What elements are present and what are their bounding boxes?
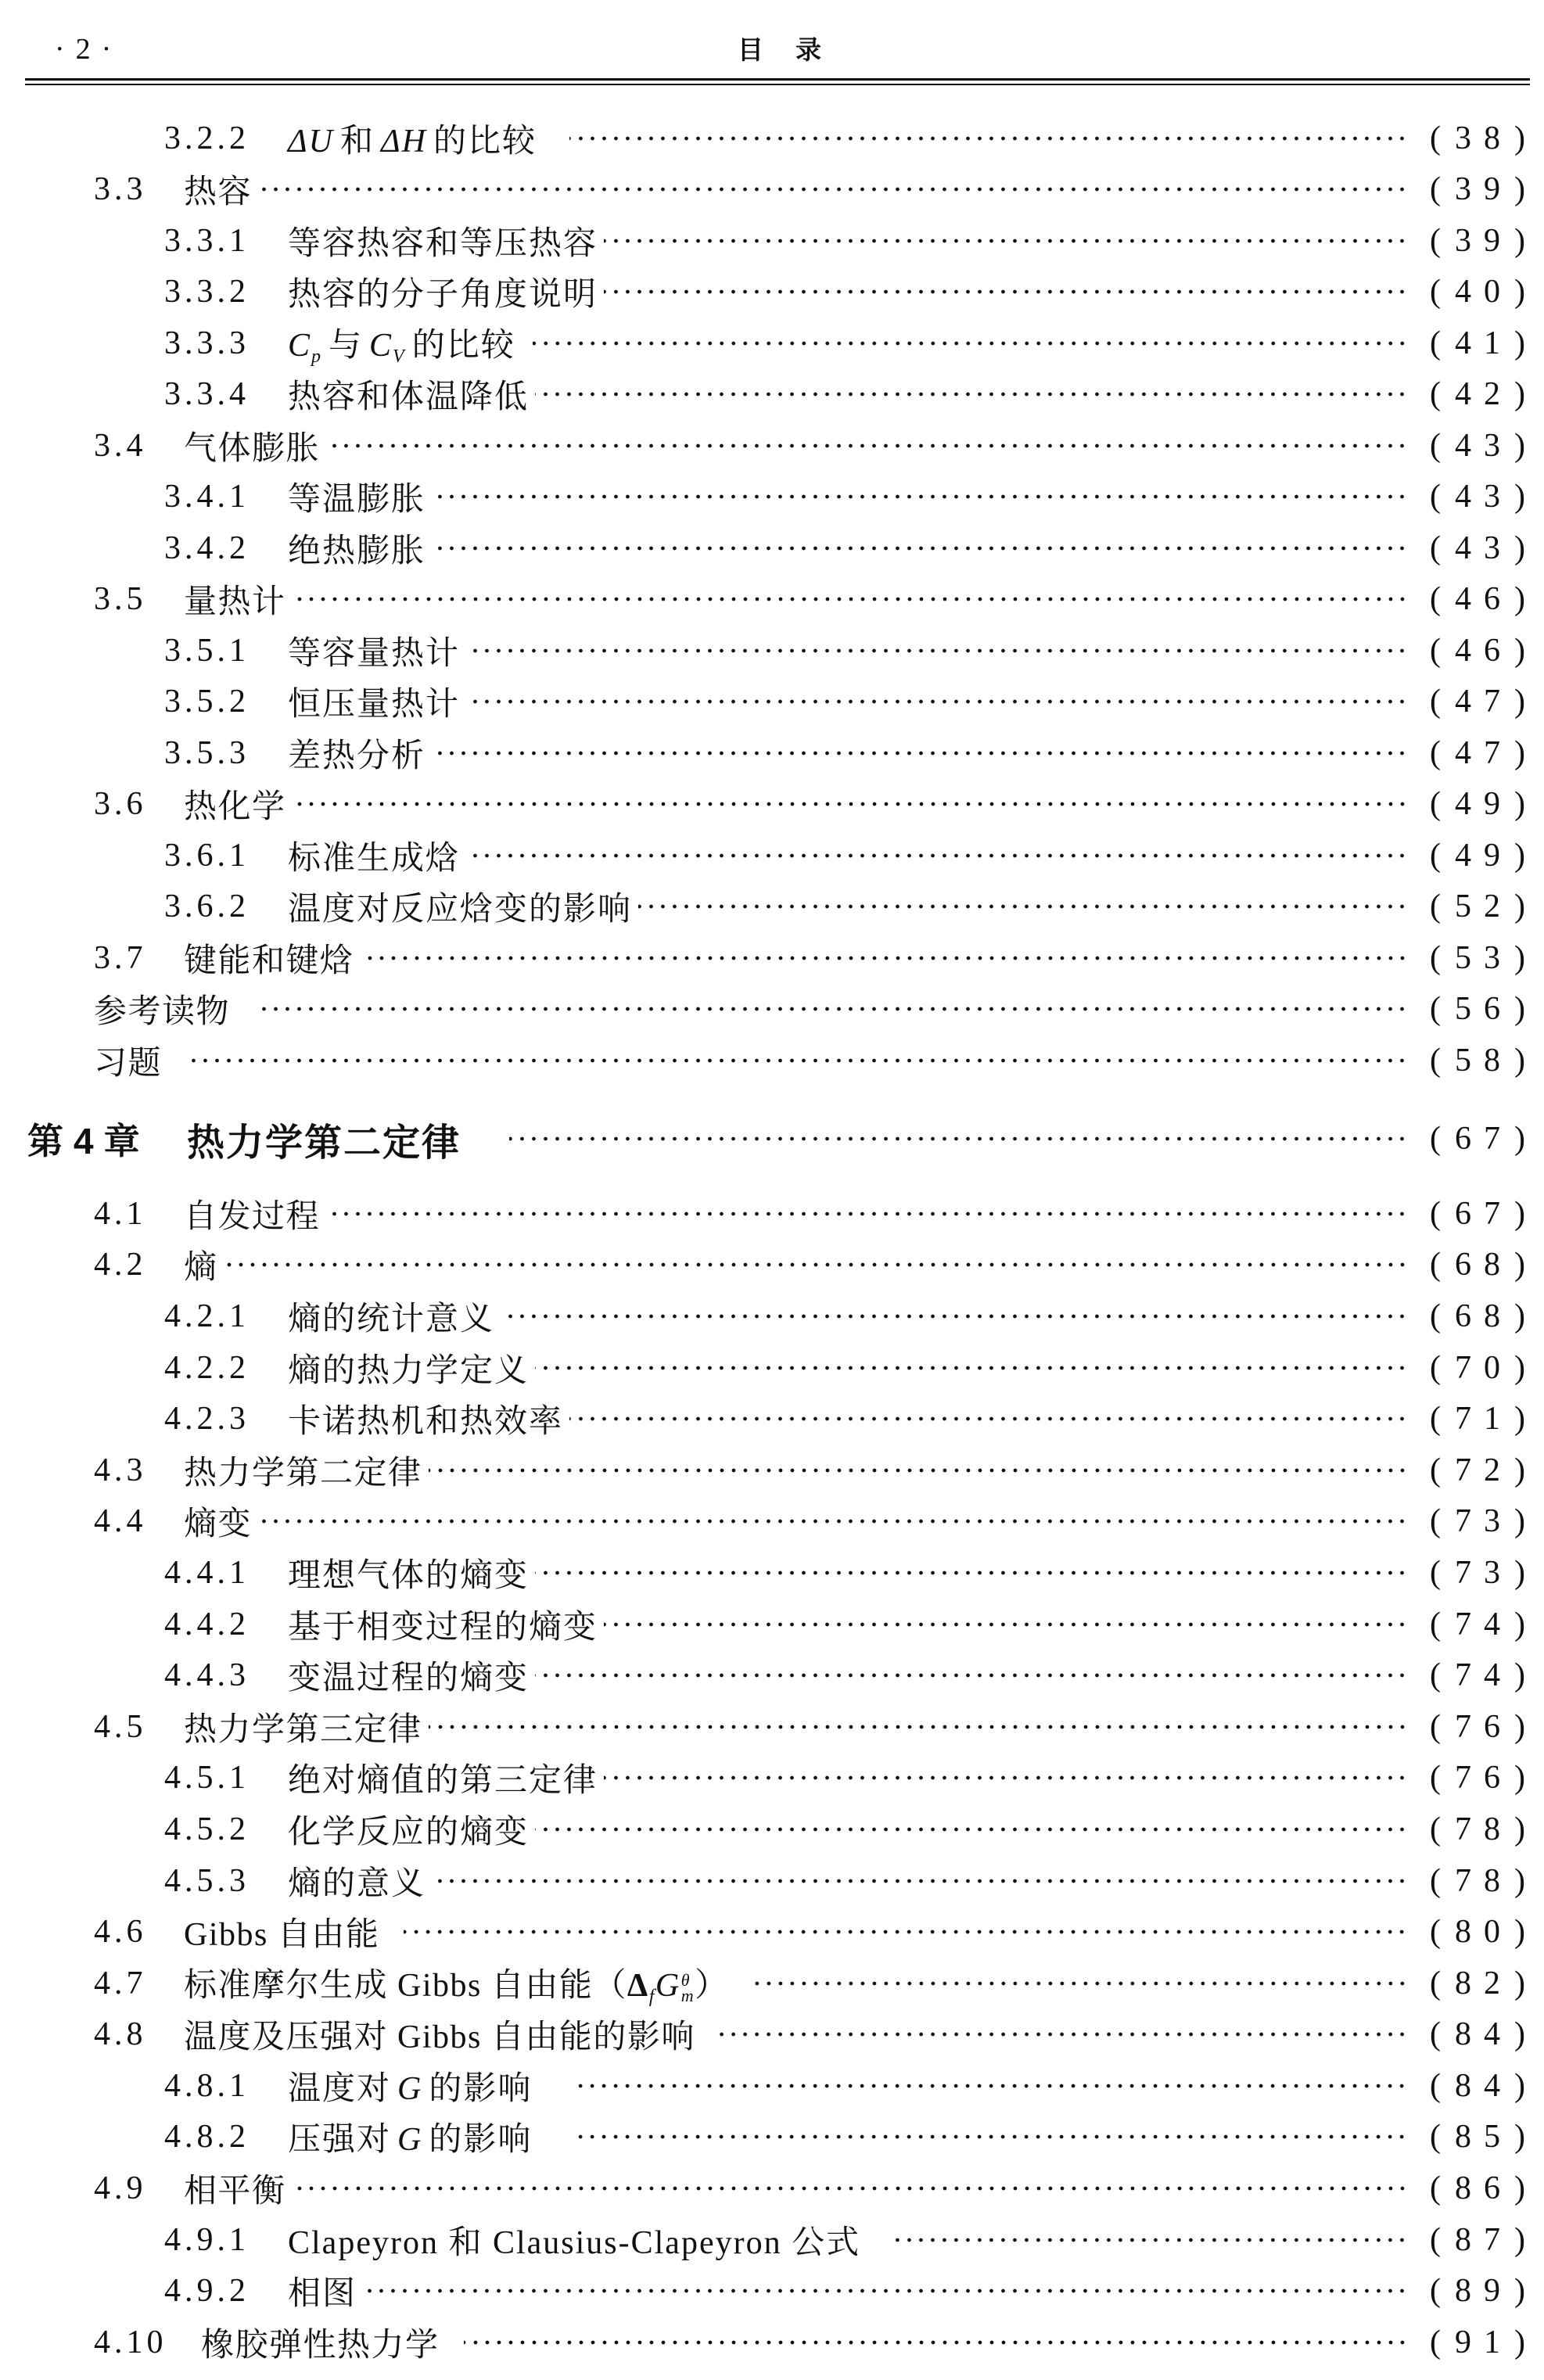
entry-title: 习题 (94, 1037, 162, 1084)
page-number: (46) (1430, 580, 1525, 618)
toc-chapter-4-entries: 4.1 自发过程 (67) 4.2 熵 (68) 4.2.1 熵的统计意义 (6… (0, 1188, 1544, 2368)
paren-close: ) (1514, 1862, 1525, 1900)
entry-title: 卡诺热机和热效率 (288, 1395, 563, 1442)
page-value: 58 (1455, 1042, 1513, 1079)
page-value: 46 (1455, 580, 1513, 618)
page-number: (49) (1430, 837, 1525, 874)
paren-open: ( (1430, 683, 1441, 720)
paren-close: ) (1514, 2067, 1525, 2105)
paren-open: ( (1430, 1811, 1441, 1848)
page-value: 53 (1455, 939, 1513, 977)
page-number: (91) (1430, 2324, 1525, 2361)
entry-number: 4.4 (94, 1502, 184, 1540)
entry-number: 4.4.1 (164, 1554, 288, 1592)
entry-title: 参考读物 (94, 985, 230, 1032)
toc-chapter-3-entries: 3.2.2 ΔU和ΔH的比较 (38) 3.3 热容 (39) 3.3.1 等容… (0, 113, 1544, 1086)
entry-title: Cp与CV的比较 (288, 319, 515, 368)
page-number: (82) (1430, 1965, 1525, 2002)
entry-title: 量热计 (184, 576, 286, 623)
page-value: 46 (1455, 632, 1513, 669)
leader-dots (429, 1468, 1408, 1473)
leader-dots (293, 2186, 1408, 2191)
toc-entry-subsection: 3.4.2 绝热膨胀 (43) (0, 522, 1544, 574)
entry-title: 基于相变过程的熵变 (288, 1601, 598, 1648)
entry-title: 等容量热计 (288, 627, 460, 674)
paren-open: ( (1430, 1042, 1441, 1079)
entry-title: 热容的分子角度说明 (288, 268, 598, 315)
toc-entry-section: 4.7 标准摩尔生成 Gibbs 自由能（ΔfGθm） (82) (0, 1958, 1544, 2009)
paren-close: ) (1514, 1349, 1525, 1387)
page-number-header: ·2· (55, 30, 122, 69)
entry-number: 3.6.1 (164, 837, 288, 874)
entry-title: 绝热膨胀 (288, 525, 425, 572)
toc-entry-section: 4.10 橡胶弹性热力学 (91) (0, 2317, 1544, 2368)
leader-dots (638, 904, 1408, 909)
entry-number: 3.3.1 (164, 222, 288, 260)
paren-close: ) (1514, 222, 1525, 260)
page-number: (85) (1430, 2118, 1525, 2156)
page-value: 72 (1455, 1452, 1513, 1489)
entry-title: 化学反应的熵变 (288, 1806, 529, 1853)
entry-title: 熵变 (184, 1498, 252, 1545)
toc-entry-subsection: 4.8.1 温度对G的影响 (84) (0, 2060, 1544, 2112)
toc-entry-section: 4.8 温度及压强对 Gibbs 自由能的影响 (84) (0, 2009, 1544, 2061)
toc-entry-exercises: 习题 (58) (0, 1035, 1544, 1086)
entry-title: 温度对反应焓变的影响 (288, 883, 632, 930)
paren-open: ( (1430, 1965, 1441, 2002)
page-value: 40 (1455, 273, 1513, 311)
page-value: 56 (1455, 990, 1513, 1028)
leader-dots (573, 2134, 1408, 2139)
toc-entry-subsection: 4.8.2 压强对G的影响 (85) (0, 2112, 1544, 2163)
paren-open: ( (1430, 1554, 1441, 1592)
paren-close: ) (1514, 734, 1525, 772)
paren-close: ) (1514, 990, 1525, 1028)
toc-entry-subsection: 4.9.2 相图 (89) (0, 2265, 1544, 2317)
page-value: 89 (1455, 2272, 1513, 2310)
math-variable: G (397, 2071, 422, 2107)
page-value: 86 (1455, 2170, 1513, 2207)
toc-entry-subsection: 4.4.2 基于相变过程的熵变 (74) (0, 1599, 1544, 1650)
paren-open: ( (1430, 2221, 1441, 2259)
page-number: (78) (1430, 1811, 1525, 1848)
paren-close: ) (1514, 837, 1525, 874)
entry-title: 热力学第二定律 (184, 1447, 422, 1494)
page-number: (87) (1430, 2221, 1525, 2259)
page-value: 74 (1455, 1606, 1513, 1643)
math-subscript: f (649, 1987, 655, 2007)
page-number: (74) (1430, 1657, 1525, 1694)
title-text: 的影响 (429, 2071, 532, 2107)
entry-title: 标准摩尔生成 Gibbs 自由能（ΔfGθm） (184, 1959, 729, 2008)
page-number: (38) (1430, 120, 1525, 157)
page-number: (43) (1430, 478, 1525, 515)
page-value: 67 (1455, 1195, 1513, 1233)
toc-entry-section: 4.1 自发过程 (67) (0, 1188, 1544, 1240)
leader-dots (464, 2340, 1408, 2345)
page-number: (76) (1430, 1759, 1525, 1797)
paren-close: ) (1514, 478, 1525, 515)
toc-entry-subsection: 4.2.1 熵的统计意义 (68) (0, 1291, 1544, 1342)
toc-entry-subsection: 4.4.3 变温过程的熵变 (74) (0, 1649, 1544, 1701)
entry-number: 3.4 (94, 427, 184, 465)
leader-dots (466, 648, 1408, 653)
paren-close: ) (1514, 1759, 1525, 1797)
page-value: 87 (1455, 2221, 1513, 2259)
leader-dots (429, 1725, 1408, 1729)
page-number: (73) (1430, 1502, 1525, 1540)
paren-open: ( (1430, 1759, 1441, 1797)
paren-close: ) (1514, 2170, 1525, 2207)
leader-dots (604, 1622, 1408, 1627)
leader-dots (604, 239, 1408, 243)
entry-number: 3.3 (94, 171, 184, 208)
page-value: 39 (1455, 222, 1513, 260)
math-subscript: p (311, 346, 322, 367)
paren-open: ( (1430, 1120, 1441, 1158)
title-text: ） (695, 1968, 729, 2004)
paren-close: ) (1514, 683, 1525, 720)
paren-open: ( (1430, 171, 1441, 208)
page-number: (58) (1430, 1042, 1525, 1079)
toc-entry-subsection: 3.2.2 ΔU和ΔH的比较 (38) (0, 113, 1544, 164)
page-value: 43 (1455, 478, 1513, 515)
leader-dots (361, 956, 1408, 960)
entry-title: 相图 (288, 2267, 357, 2314)
entry-number: 3.2.2 (164, 120, 288, 157)
page-number: (72) (1430, 1452, 1525, 1489)
toc-entry-subsection: 3.3.2 热容的分子角度说明 (40) (0, 267, 1544, 318)
toc-entry-subsection: 3.6.2 温度对反应焓变的影响 (52) (0, 881, 1544, 933)
title-text: 标准摩尔生成 Gibbs 自由能（ (184, 1968, 627, 2004)
page-value: 85 (1455, 2118, 1513, 2156)
chapter-number: 第4章 (27, 1113, 187, 1165)
paren-close: ) (1514, 1965, 1525, 2002)
paren-close: ) (1514, 529, 1525, 567)
paren-close: ) (1514, 1120, 1525, 1158)
entry-number: 3.3.4 (164, 375, 288, 413)
entry-title: 熵 (184, 1241, 218, 1288)
leader-dots (432, 494, 1408, 499)
math-variable: C (288, 328, 311, 364)
paren-close: ) (1514, 1452, 1525, 1489)
entry-number: 3.3.3 (164, 325, 288, 362)
leader-dots (604, 289, 1408, 294)
toc-entry-section: 4.4 熵变 (73) (0, 1496, 1544, 1548)
paren-close: ) (1514, 1195, 1525, 1233)
entry-title: 熵的热力学定义 (288, 1344, 529, 1391)
page-number: (76) (1430, 1708, 1525, 1746)
leader-dots (254, 1007, 1408, 1011)
entry-number: 3.5.3 (164, 734, 288, 772)
toc-entry-subsection: 4.2.2 熵的热力学定义 (70) (0, 1342, 1544, 1394)
toc-entry-subsection: 4.4.1 理想气体的熵变 (73) (0, 1547, 1544, 1599)
page-number: (42) (1430, 375, 1525, 413)
leader-dots (258, 1519, 1408, 1524)
page-number: (67) (1430, 1120, 1525, 1158)
paren-open: ( (1430, 1246, 1441, 1283)
page-value: 71 (1455, 1400, 1513, 1438)
page-number: (74) (1430, 1606, 1525, 1643)
entry-number: 4.2.3 (164, 1400, 288, 1438)
page-value: 49 (1455, 785, 1513, 823)
delta-symbol: Δ (288, 124, 309, 160)
toc-entry-section: 3.3 热容 (39) (0, 164, 1544, 216)
paren-open: ( (1430, 325, 1441, 362)
page-number: (49) (1430, 785, 1525, 823)
entry-number: 4.9.1 (164, 2221, 288, 2259)
entry-title: 热容 (184, 166, 252, 213)
page-value: 43 (1455, 529, 1513, 567)
math-variable: G (397, 2122, 422, 2158)
page-value: 38 (1455, 120, 1513, 157)
title-text: 与 (329, 328, 363, 364)
entry-number: 4.9.2 (164, 2272, 288, 2310)
paren-open: ( (1430, 478, 1441, 515)
page-number: (47) (1430, 734, 1525, 772)
leader-dots (293, 802, 1408, 806)
page-value: 43 (1455, 427, 1513, 465)
page-value: 68 (1455, 1298, 1513, 1335)
entry-title: 热化学 (184, 781, 286, 827)
paren-open: ( (1430, 888, 1441, 925)
leader-dots (186, 1058, 1408, 1063)
entry-number: 3.4.2 (164, 529, 288, 567)
leader-dots (535, 392, 1408, 397)
paren-open: ( (1430, 2324, 1441, 2361)
entry-number: 4.5.2 (164, 1811, 288, 1848)
paren-open: ( (1430, 2118, 1441, 2156)
page-number: (89) (1430, 2272, 1525, 2310)
leader-dots (501, 1314, 1408, 1319)
leader-dots (535, 1673, 1408, 1678)
entry-title: 温度及压强对 Gibbs 自由能的影响 (184, 2011, 695, 2058)
entry-title: 气体膨胀 (184, 422, 320, 469)
paren-open: ( (1430, 2170, 1441, 2207)
entry-number: 4.6 (94, 1913, 184, 1951)
entry-title: 绝对熵值的第三定律 (288, 1754, 598, 1801)
entry-number: 4.2.2 (164, 1349, 288, 1387)
paren-open: ( (1430, 785, 1441, 823)
math-subscript: V (393, 346, 406, 367)
toc-entry-subsection: 3.5.3 差热分析 (47) (0, 727, 1544, 779)
paren-close: ) (1514, 1913, 1525, 1951)
toc-entry-section: 3.5 量热计 (46) (0, 574, 1544, 626)
leader-dots (573, 2084, 1408, 2088)
page-value: 80 (1455, 1913, 1513, 1951)
paren-close: ) (1514, 2324, 1525, 2361)
page-value: 91 (1455, 2324, 1513, 2361)
leader-dots (509, 1136, 1408, 1141)
page-number: (52) (1430, 888, 1525, 925)
entry-title: 变温过程的熵变 (288, 1652, 529, 1699)
paren-open: ( (1430, 1502, 1441, 1540)
title-text: 的比较 (412, 328, 515, 364)
entry-number: 4.1 (94, 1195, 184, 1233)
entry-title: 理想气体的熵变 (288, 1549, 529, 1596)
toc-entry-subsection: 3.3.4 热容和体温降低 (42) (0, 369, 1544, 421)
entry-title: 温度对G的影响 (288, 2062, 532, 2109)
math-variable: H (402, 124, 427, 160)
entry-number: 4.4.2 (164, 1606, 288, 1643)
header-rule-thin (25, 84, 1530, 85)
toc-entry-subsection: 3.6.1 标准生成焓 (49) (0, 830, 1544, 881)
math-variable: U (309, 124, 334, 160)
paren-close: ) (1514, 2221, 1525, 2259)
paren-open: ( (1430, 734, 1441, 772)
page-value: 84 (1455, 2016, 1513, 2053)
page-number: (46) (1430, 632, 1525, 669)
paren-open: ( (1430, 120, 1441, 157)
page-value: 73 (1455, 1554, 1513, 1592)
page-number: (39) (1430, 222, 1525, 260)
paren-open: ( (1430, 1913, 1441, 1951)
toc-entry-subsection: 3.4.1 等温膨胀 (43) (0, 472, 1544, 523)
leader-dots (604, 1775, 1408, 1780)
paren-close: ) (1514, 580, 1525, 618)
toc-entry-section: 4.6 Gibbs 自由能 (80) (0, 1906, 1544, 1958)
page-value: 78 (1455, 1862, 1513, 1900)
toc-entry-section: 4.9 相平衡 (86) (0, 2163, 1544, 2214)
paren-close: ) (1514, 785, 1525, 823)
page-number: (39) (1430, 171, 1525, 208)
leader-dots (404, 1929, 1408, 1934)
paren-open: ( (1430, 2016, 1441, 2053)
toc-entry-section: 3.4 气体膨胀 (43) (0, 420, 1544, 472)
leader-dots (533, 341, 1408, 346)
leader-dots (258, 187, 1408, 192)
page-number: (86) (1430, 2170, 1525, 2207)
page-number: (68) (1430, 1298, 1525, 1335)
paren-close: ) (1514, 939, 1525, 977)
page-value: 47 (1455, 683, 1513, 720)
entry-title: 自发过程 (184, 1190, 320, 1237)
page-number: (80) (1430, 1913, 1525, 1951)
page-value: 42 (1455, 375, 1513, 413)
toc-entry-subsection: 4.5.2 化学反应的熵变 (78) (0, 1804, 1544, 1855)
toc-entry-chapter: 第4章 热力学第二定律 (67) (0, 1107, 1544, 1170)
page-number: (70) (1430, 1349, 1525, 1387)
entry-number: 3.5 (94, 580, 184, 618)
page-number: (43) (1430, 529, 1525, 567)
leader-dots (432, 751, 1408, 756)
entry-number: 4.8.1 (164, 2067, 288, 2105)
paren-close: ) (1514, 632, 1525, 669)
entry-title: 标准生成焓 (288, 832, 460, 879)
entry-title: 差热分析 (288, 730, 425, 777)
toc-entry-subsection: 3.5.1 等容量热计 (46) (0, 625, 1544, 677)
entry-number: 4.5 (94, 1708, 184, 1746)
toc-entry-subsection: 3.3.1 等容热容和等压热容 (39) (0, 215, 1544, 267)
title-text: 的比较 (433, 124, 537, 160)
page-value: 76 (1455, 1708, 1513, 1746)
delta-symbol: Δ (381, 124, 402, 160)
title-text: 的影响 (429, 2122, 532, 2158)
paren-open: ( (1430, 1708, 1441, 1746)
entry-number: 4.8.2 (164, 2118, 288, 2156)
paren-close: ) (1514, 2016, 1525, 2053)
entry-number: 4.10 (94, 2324, 201, 2361)
paren-close: ) (1514, 171, 1525, 208)
entry-number: 3.5.1 (164, 632, 288, 669)
toc-entry-section: 4.2 熵 (68) (0, 1240, 1544, 1291)
entry-title: 恒压量热计 (288, 678, 460, 725)
leader-dots (893, 2238, 1408, 2242)
leader-dots (569, 1416, 1408, 1421)
page-value: 39 (1455, 171, 1513, 208)
paren-open: ( (1430, 2272, 1441, 2310)
paren-open: ( (1430, 2067, 1441, 2105)
page-number: (47) (1430, 683, 1525, 720)
page-number: (41) (1430, 325, 1525, 362)
page-number: (56) (1430, 990, 1525, 1028)
header-rule-thick (25, 78, 1530, 81)
page-number: (67) (1430, 1195, 1525, 1233)
page-number: (68) (1430, 1246, 1525, 1283)
page-value: 74 (1455, 1657, 1513, 1694)
toc-entry-subsection: 4.5.3 熵的意义 (78) (0, 1855, 1544, 1907)
paren-open: ( (1430, 1349, 1441, 1387)
toc-entry-subsection: 3.3.3 Cp与CV的比较 (41) (0, 318, 1544, 369)
leader-dots (224, 1262, 1408, 1267)
page-value: 68 (1455, 1246, 1513, 1283)
page-value: 82 (1455, 1965, 1513, 2002)
paren-close: ) (1514, 1502, 1525, 1540)
paren-close: ) (1514, 120, 1525, 157)
leader-dots (753, 1981, 1408, 1986)
paren-close: ) (1514, 1811, 1525, 1848)
delta-symbol: Δ (627, 1968, 649, 2004)
entry-number: 4.5.1 (164, 1759, 288, 1797)
paren-open: ( (1430, 273, 1441, 311)
paren-close: ) (1514, 2272, 1525, 2310)
entry-title: Gibbs 自由能 (184, 1908, 379, 1955)
paren-open: ( (1430, 990, 1441, 1028)
entry-number: 4.7 (94, 1965, 184, 2002)
paren-close: ) (1514, 888, 1525, 925)
page-title: 目录 (738, 33, 853, 67)
paren-open: ( (1430, 1657, 1441, 1694)
page-number: (84) (1430, 2067, 1525, 2105)
paren-close: ) (1514, 1246, 1525, 1283)
paren-close: ) (1514, 375, 1525, 413)
title-text: 和 (340, 124, 375, 160)
paren-close: ) (1514, 325, 1525, 362)
paren-open: ( (1430, 427, 1441, 465)
page-value: 52 (1455, 888, 1513, 925)
entry-title: 压强对G的影响 (288, 2113, 532, 2160)
title-text: 压强对 (288, 2122, 391, 2158)
paren-open: ( (1430, 375, 1441, 413)
entry-number: 4.2 (94, 1246, 184, 1283)
toc-entry-subsection: 4.5.1 绝对熵值的第三定律 (76) (0, 1753, 1544, 1804)
paren-close: ) (1514, 1554, 1525, 1592)
paren-close: ) (1514, 2118, 1525, 2156)
chapter-title: 热力学第二定律 (187, 1112, 461, 1166)
toc-entry-subsection: 4.9.1 Clapeyron 和 Clausius-Clapeyron 公式 … (0, 2214, 1544, 2266)
page-number: (71) (1430, 1400, 1525, 1438)
math-variable: G (655, 1968, 680, 2004)
paren-open: ( (1430, 1452, 1441, 1489)
entry-title: 热力学第三定律 (184, 1703, 422, 1750)
paren-close: ) (1514, 1400, 1525, 1438)
page-value: 84 (1455, 2067, 1513, 2105)
entry-title: Clapeyron 和 Clausius-Clapeyron 公式 (288, 2217, 860, 2263)
entry-number: 4.5.3 (164, 1862, 288, 1900)
leader-dots (713, 2032, 1408, 2037)
leader-dots (326, 1212, 1408, 1216)
toc-entry-section: 4.5 热力学第三定律 (76) (0, 1701, 1544, 1753)
